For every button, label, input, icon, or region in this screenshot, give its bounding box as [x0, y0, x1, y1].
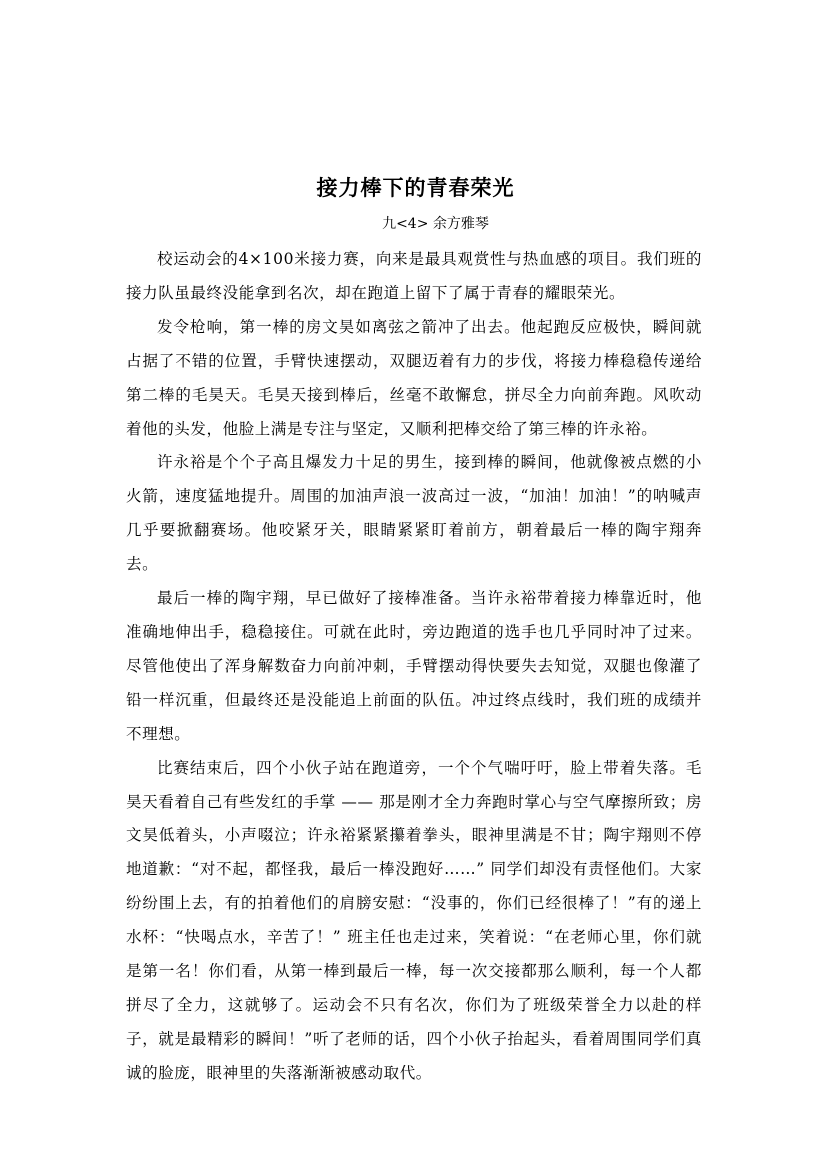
paragraph-3: 许永裕是个个子高且爆发力十足的男生，接到棒的瞬间，他就像被点燃的小火箭，速度猛地…: [126, 446, 702, 582]
paragraph-2: 发令枪响，第一棒的房文昊如离弦之箭冲了出去。他起跑反应极快，瞬间就占据了不错的位…: [126, 311, 702, 447]
document-title: 接力棒下的青春荣光: [0, 174, 827, 202]
paragraph-1: 校运动会的4×100米接力赛，向来是最具观赏性与热血感的项目。我们班的接力队虽最…: [126, 243, 702, 311]
paragraph-5: 比赛结束后，四个小伙子站在跑道旁，一个个气喘吁吁，脸上带着失落。毛昊天看着自己有…: [126, 752, 702, 1091]
paragraph-4: 最后一棒的陶宇翔，早已做好了接棒准备。当许永裕带着接力棒靠近时，他准确地伸出手，…: [126, 582, 702, 752]
author-line: 九<4> 余方雅琴: [0, 214, 827, 234]
document-body: 校运动会的4×100米接力赛，向来是最具观赏性与热血感的项目。我们班的接力队虽最…: [126, 243, 702, 1091]
document-page: 接力棒下的青春荣光 九<4> 余方雅琴 校运动会的4×100米接力赛，向来是最具…: [0, 0, 827, 1170]
